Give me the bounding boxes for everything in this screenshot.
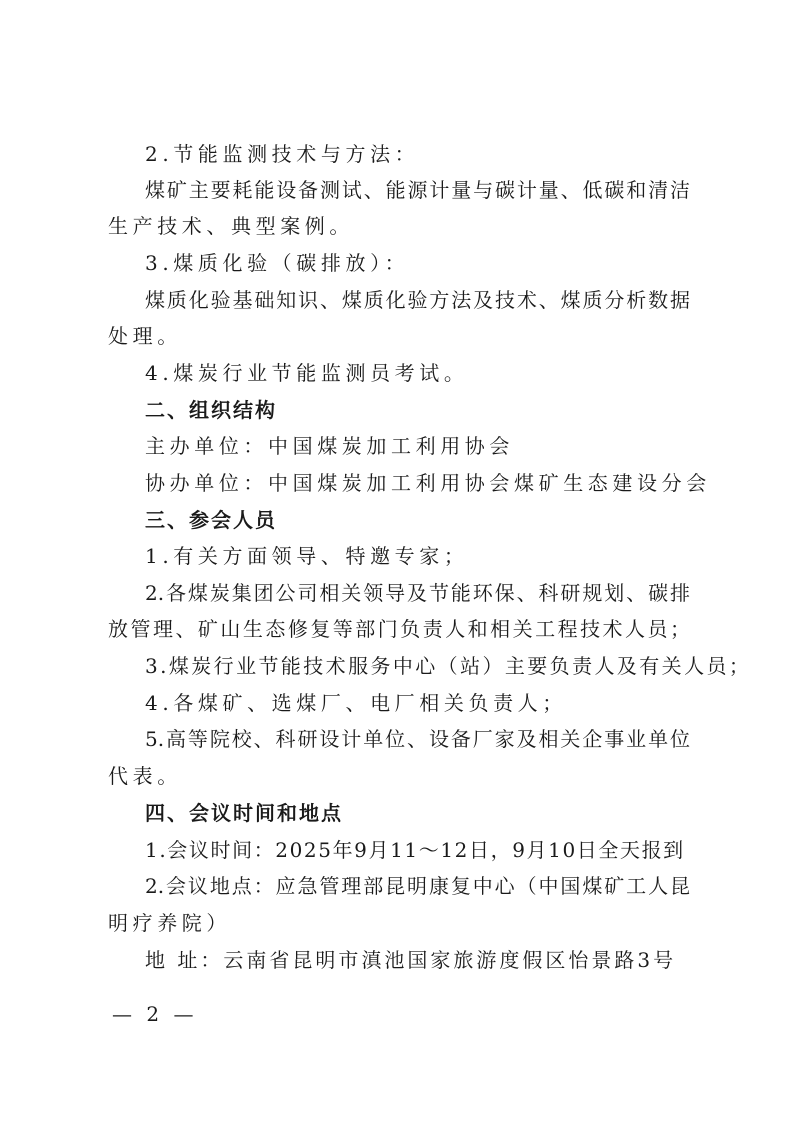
heading-participants: 三、参会人员 (145, 506, 727, 534)
heading-time-location: 四、会议时间和地点 (145, 799, 727, 827)
document-page: 2.节能监测技术与方法： 煤矿主要耗能设备测试、能源计量与碳计量、低碳和清洁 生… (0, 0, 794, 1123)
meeting-address: 地 址：云南省昆明市滇池国家旅游度假区怡景路3号 (145, 946, 727, 974)
paragraph-line: 煤质化验基础知识、煤质化验方法及技术、煤质分析数据 (145, 286, 690, 314)
co-organizer-line: 协办单位：中国煤炭加工利用协会煤矿生态建设分会 (145, 469, 727, 497)
paragraph-line: 生产技术、典型案例。 (108, 212, 690, 240)
paragraph-line: 煤矿主要耗能设备测试、能源计量与碳计量、低碳和清洁 (145, 176, 690, 204)
participant-item: 5.高等院校、科研设计单位、设备厂家及相关企事业单位 (145, 725, 690, 753)
heading-organization: 二、组织结构 (145, 396, 727, 424)
participant-item: 3.煤炭行业节能技术服务中心（站）主要负责人及有关人员； (145, 652, 727, 680)
meeting-time: 1.会议时间：2025年9月11～12日，9月10日全天报到 (145, 836, 727, 864)
participant-item: 2.各煤炭集团公司相关领导及节能环保、科研规划、碳排 (145, 579, 690, 607)
participant-item: 1.有关方面领导、特邀专家； (145, 542, 727, 570)
organizer-line: 主办单位：中国煤炭加工利用协会 (145, 432, 727, 460)
participant-item: 4.各煤矿、选煤厂、电厂相关负责人； (145, 689, 727, 717)
section-item-coal-assay: 3.煤质化验（碳排放）： (145, 249, 727, 277)
page-number: — 2 — (112, 1000, 197, 1028)
section-item-exam: 4.煤炭行业节能监测员考试。 (145, 359, 727, 387)
paragraph-line: 处理。 (108, 322, 690, 350)
paragraph-line: 明疗养院） (108, 909, 690, 937)
paragraph-line: 放管理、矿山生态修复等部门负责人和相关工程技术人员； (108, 615, 690, 643)
paragraph-line: 代表。 (108, 762, 690, 790)
section-item-energy-monitoring: 2.节能监测技术与方法： (145, 140, 727, 168)
meeting-location: 2.会议地点：应急管理部昆明康复中心（中国煤矿工人昆 (145, 872, 690, 900)
